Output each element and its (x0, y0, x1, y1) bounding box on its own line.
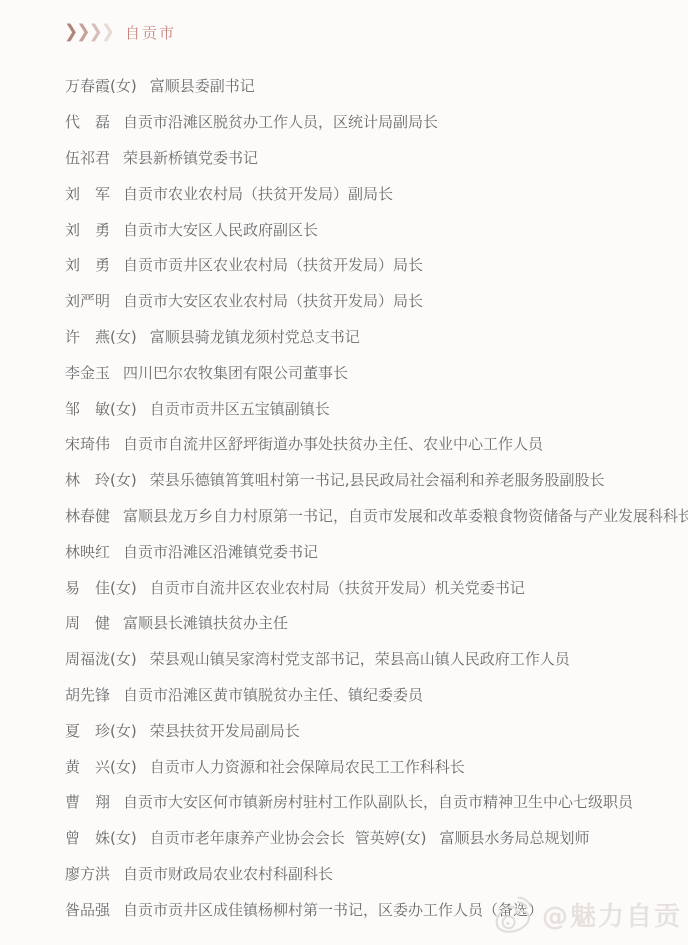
person-title: 自贡市沿滩区黄市镇脱贫办主任、镇纪委委员 (123, 684, 423, 705)
list-item: 万春霞(女)富顺县委副书记 (65, 68, 665, 104)
person-name: 周 健 (65, 612, 110, 633)
person-title: 荣县新桥镇党委书记 (123, 147, 258, 168)
person-name: 宋琦伟 (65, 433, 110, 454)
person-name: 胡先锋 (65, 684, 110, 705)
list-item: 刘 军自贡市农业农村局（扶贫开发局）副局长 (65, 175, 665, 211)
list-item: 林映红自贡市沿滩区沿滩镇党委书记 (65, 533, 665, 569)
person-title: 荣县乐德镇筲箕咀村第一书记,县民政局社会福利和养老服务股副股长 (150, 469, 605, 490)
list-item: 周福泷(女)荣县观山镇吴家湾村党支部书记，荣县高山镇人民政府工作人员 (65, 641, 665, 677)
person-title: 富顺县水务局总规划师 (439, 827, 589, 848)
list-item: 刘 勇自贡市贡井区农业农村局（扶贫开发局）局长 (65, 247, 665, 283)
list-item: 邹 敏(女)自贡市贡井区五宝镇副镇长 (65, 390, 665, 426)
list-item: 易 佳(女)自贡市自流井区农业农村局（扶贫开发局）机关党委书记 (65, 569, 665, 605)
person-title: 自贡市自流井区舒坪街道办事处扶贫办主任、农业中心工作人员 (123, 433, 543, 454)
list-item: 廖方洪自贡市财政局农业农村科副科长 (65, 856, 665, 892)
person-name: 曾 姝(女) (65, 827, 137, 848)
person-name: 昝品强 (65, 899, 110, 920)
person-title: 自贡市农业农村局（扶贫开发局）副局长 (123, 183, 393, 204)
person-title: 自贡市老年康养产业协会会长 (150, 827, 345, 848)
person-title: 富顺县骑龙镇龙须村党总支书记 (150, 326, 360, 347)
person-name: 易 佳(女) (65, 577, 137, 598)
person-name: 黄 兴(女) (65, 756, 137, 777)
list-item: 刘 勇自贡市大安区人民政府副区长 (65, 211, 665, 247)
watermark: @魅力自贡 (492, 896, 682, 933)
person-title: 富顺县龙万乡自力村原第一书记，自贡市发展和改革委粮食物资储备与产业发展科科长 (123, 505, 688, 526)
person-name: 林春健 (65, 505, 110, 526)
person-name: 邹 敏(女) (65, 398, 137, 419)
person-title: 自贡市贡井区农业农村局（扶贫开发局）局长 (123, 254, 423, 275)
person-name: 夏 珍(女) (65, 720, 137, 741)
list-item: 代 磊自贡市沿滩区脱贫办工作人员，区统计局副局长 (65, 104, 665, 140)
page: ❯❯❯❯ 自贡市 万春霞(女)富顺县委副书记代 磊自贡市沿滩区脱贫办工作人员，区… (0, 0, 688, 945)
person-title: 自贡市大安区人民政府副区长 (123, 219, 318, 240)
list-item: 周 健富顺县长滩镇扶贫办主任 (65, 605, 665, 641)
person-name: 廖方洪 (65, 863, 110, 884)
person-title: 自贡市贡井区五宝镇副镇长 (150, 398, 330, 419)
person-title: 自贡市大安区何市镇新房村驻村工作队副队长，自贡市精神卫生中心七级职员 (123, 791, 633, 812)
person-title: 自贡市贡井区成佳镇杨柳村第一书记，区委办工作人员（备选） (123, 899, 543, 920)
person-name: 曹 翔 (65, 791, 110, 812)
person-name: 刘严明 (65, 290, 110, 311)
person-name: 刘 勇 (65, 219, 110, 240)
person-name: 代 磊 (65, 111, 110, 132)
person-title: 自贡市沿滩区脱贫办工作人员，区统计局副局长 (123, 111, 438, 132)
weibo-icon (488, 892, 537, 937)
chevron-glyph: ❯ (101, 24, 115, 42)
list-item: 夏 珍(女)荣县扶贫开发局副局长 (65, 712, 665, 748)
person-name: 管英婷(女) (355, 827, 427, 848)
person-name: 万春霞(女) (65, 75, 137, 96)
person-name: 林 玲(女) (65, 469, 137, 490)
watermark-handle: @魅力自贡 (542, 896, 682, 933)
person-name: 周福泷(女) (65, 648, 137, 669)
person-name: 伍祁君 (65, 147, 110, 168)
list-item: 曾 姝(女)自贡市老年康养产业协会会长管英婷(女)富顺县水务局总规划师 (65, 820, 665, 856)
list-item: 黄 兴(女)自贡市人力资源和社会保障局农民工工作科科长 (65, 748, 665, 784)
list-item: 刘严明自贡市大安区农业农村局（扶贫开发局）局长 (65, 283, 665, 319)
person-title: 富顺县委副书记 (150, 75, 255, 96)
person-name: 李金玉 (65, 362, 110, 383)
list-item: 许 燕(女)富顺县骑龙镇龙须村党总支书记 (65, 319, 665, 355)
chevron-right-icon: ❯❯❯❯ (64, 24, 113, 41)
people-list: 万春霞(女)富顺县委副书记代 磊自贡市沿滩区脱贫办工作人员，区统计局副局长伍祁君… (65, 68, 665, 927)
region-title: 自贡市 (125, 22, 176, 43)
list-item: 李金玉四川巴尔农牧集团有限公司董事长 (65, 354, 665, 390)
list-item: 伍祁君荣县新桥镇党委书记 (65, 140, 665, 176)
list-item: 林 玲(女)荣县乐德镇筲箕咀村第一书记,县民政局社会福利和养老服务股副股长 (65, 462, 665, 498)
person-name: 刘 军 (65, 183, 110, 204)
person-title: 自贡市人力资源和社会保障局农民工工作科科长 (150, 756, 465, 777)
person-name: 许 燕(女) (65, 326, 137, 347)
person-title: 自贡市大安区农业农村局（扶贫开发局）局长 (123, 290, 423, 311)
person-title: 自贡市沿滩区沿滩镇党委书记 (123, 541, 318, 562)
person-title: 富顺县长滩镇扶贫办主任 (123, 612, 288, 633)
list-item: 胡先锋自贡市沿滩区黄市镇脱贫办主任、镇纪委委员 (65, 677, 665, 713)
person-title: 四川巴尔农牧集团有限公司董事长 (123, 362, 348, 383)
person-name: 林映红 (65, 541, 110, 562)
person-title: 荣县扶贫开发局副局长 (150, 720, 300, 741)
person-title: 自贡市自流井区农业农村局（扶贫开发局）机关党委书记 (150, 577, 525, 598)
list-item: 曹 翔自贡市大安区何市镇新房村驻村工作队副队长，自贡市精神卫生中心七级职员 (65, 784, 665, 820)
person-title: 自贡市财政局农业农村科副科长 (123, 863, 333, 884)
list-item: 宋琦伟自贡市自流井区舒坪街道办事处扶贫办主任、农业中心工作人员 (65, 426, 665, 462)
person-title: 荣县观山镇吴家湾村党支部书记，荣县高山镇人民政府工作人员 (150, 648, 570, 669)
person-name: 刘 勇 (65, 254, 110, 275)
section-header: ❯❯❯❯ 自贡市 (64, 22, 176, 43)
list-item: 林春健富顺县龙万乡自力村原第一书记，自贡市发展和改革委粮食物资储备与产业发展科科… (65, 498, 665, 534)
